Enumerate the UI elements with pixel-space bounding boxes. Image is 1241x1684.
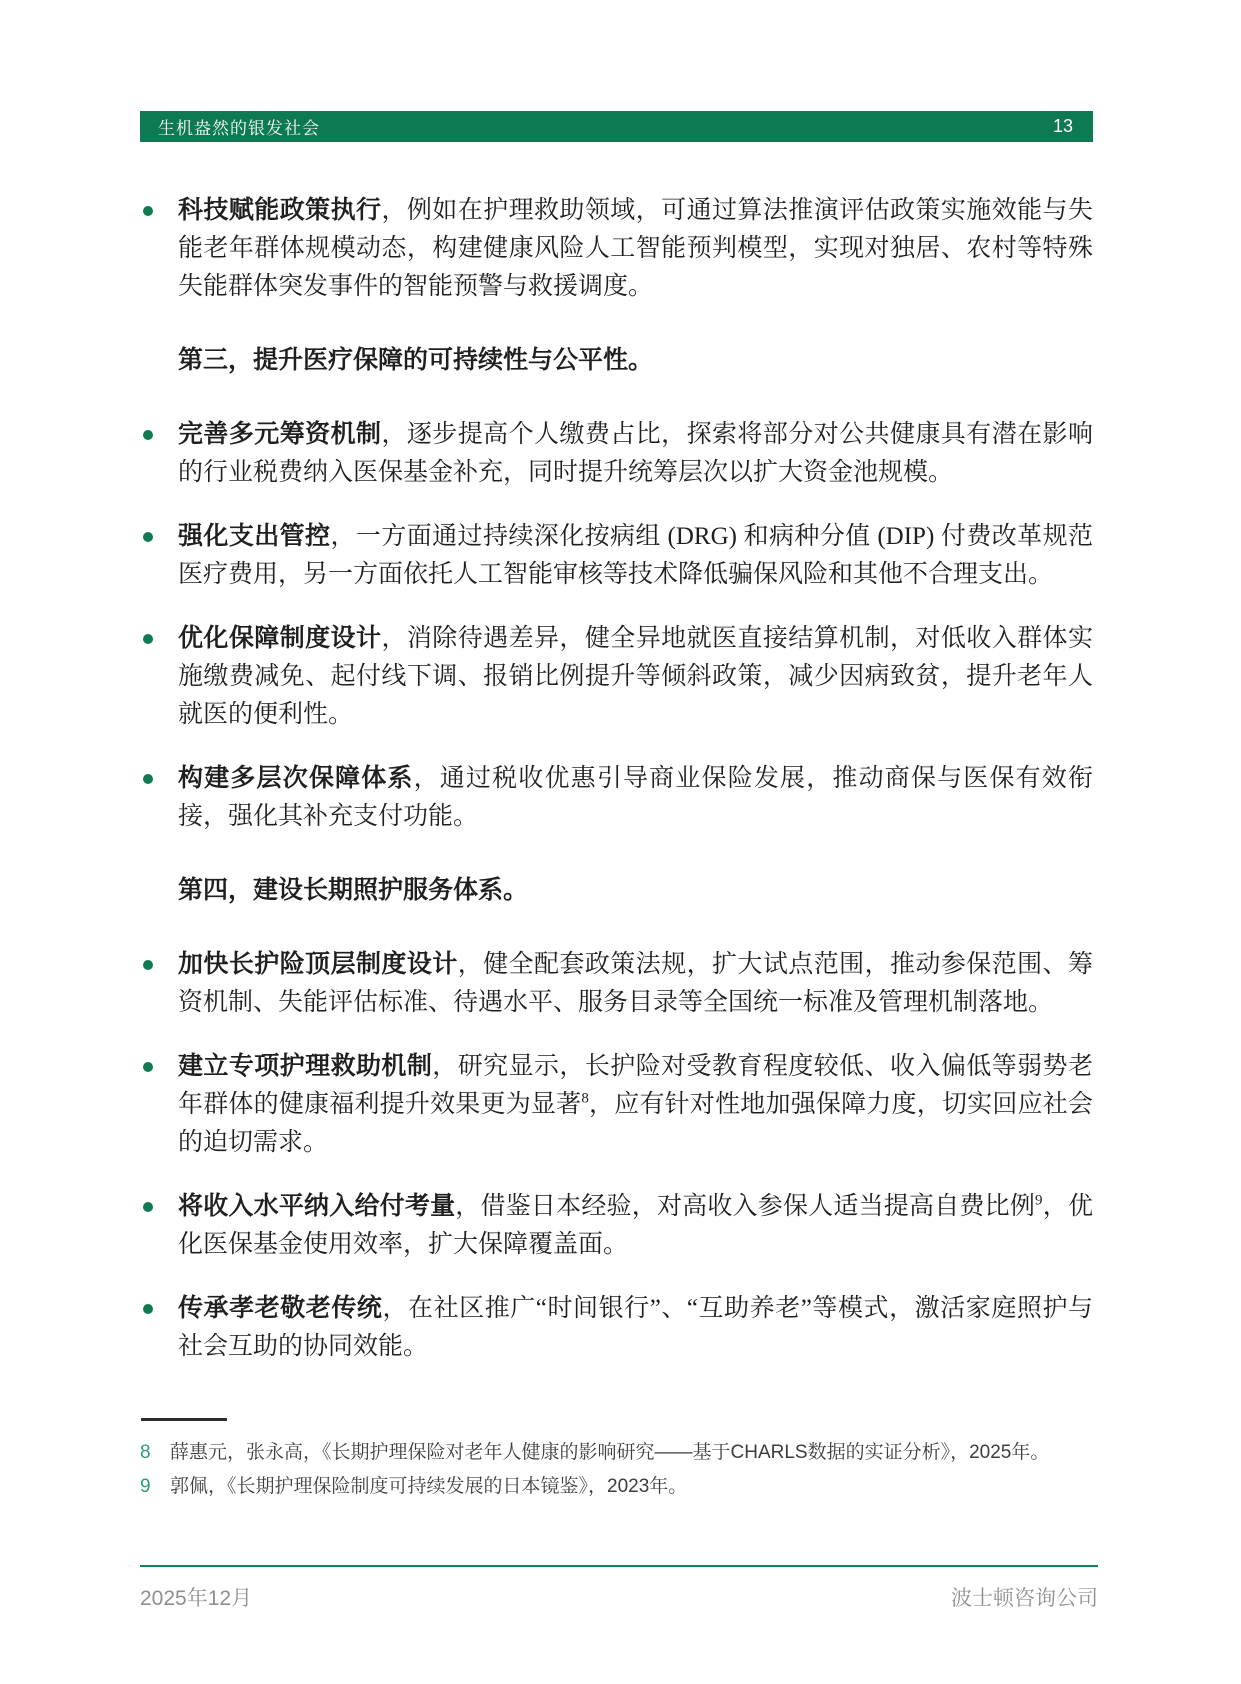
footnote-ref: 9 (1035, 1193, 1043, 1209)
bullet-lead: 加快长护险顶层制度设计 (178, 951, 458, 978)
bullet-icon (143, 1202, 153, 1212)
bullet-lead: 建立专项护理救助机制 (178, 1053, 432, 1080)
footnote-text: 郭佩，《长期护理保险制度可持续发展的日本镜鉴》，2023年。 (170, 1470, 1093, 1504)
bullet-lead: 优化保障制度设计 (178, 625, 381, 652)
bullet-icon (143, 430, 153, 440)
bullet-icon (143, 634, 153, 644)
bullet-icon (143, 206, 153, 216)
bullet-text: 将收入水平纳入给付考量，借鉴日本经验，对高收入参保人适当提高自费比例9，优化医保… (178, 1188, 1093, 1264)
chapter-title: 生机盎然的银发社会 (158, 114, 320, 139)
bullet-text: 科技赋能政策执行，例如在护理救助领域，可通过算法推演评估政策实施效能与失能老年群… (178, 192, 1093, 306)
bullet-text: 优化保障制度设计，消除待遇差异，健全异地就医直接结算机制，对低收入群体实施缴费减… (178, 620, 1093, 734)
bullet-lead: 传承孝老敬老传统 (178, 1295, 382, 1322)
bullet-lead: 构建多层次保障体系 (178, 765, 414, 792)
page-number: 13 (1053, 116, 1073, 137)
report-page: 生机盎然的银发社会 13 科技赋能政策执行，例如在护理救助领域，可通过算法推演评… (0, 0, 1241, 1684)
bullet-icon (143, 774, 153, 784)
footnote-separator (141, 1418, 227, 1421)
footer-rule (140, 1565, 1098, 1567)
footnote-text: 薛惠元，张永高，《长期护理保险对老年人健康的影响研究——基于CHARLS数据的实… (170, 1436, 1093, 1470)
footnote-number: 9 (140, 1470, 170, 1504)
bullet-text: 加快长护险顶层制度设计，健全配套政策法规，扩大试点范围，推动参保范围、筹资机制、… (178, 946, 1093, 1022)
footer-company: 波士顿咨询公司 (951, 1582, 1098, 1612)
bullet-item: 传承孝老敬老传统，在社区推广“时间银行”、“互助养老”等模式，激活家庭照护与社会… (140, 1290, 1093, 1366)
bullet-text: 强化支出管控，一方面通过持续深化按病组 (DRG) 和病种分值 (DIP) 付费… (178, 518, 1093, 594)
bullet-body: ，借鉴日本经验，对高收入参保人适当提高自费比例 (455, 1193, 1035, 1220)
footnote-item: 8 薛惠元，张永高，《长期护理保险对老年人健康的影响研究——基于CHARLS数据… (140, 1436, 1093, 1470)
bullet-item: 构建多层次保障体系，通过税收优惠引导商业保险发展，推动商保与医保有效衔接，强化其… (140, 760, 1093, 836)
section-heading: 第三，提升医疗保障的可持续性与公平性。 (178, 342, 1093, 380)
bullet-item: 优化保障制度设计，消除待遇差异，健全异地就医直接结算机制，对低收入群体实施缴费减… (140, 620, 1093, 734)
bullet-item: 强化支出管控，一方面通过持续深化按病组 (DRG) 和病种分值 (DIP) 付费… (140, 518, 1093, 594)
bullet-icon (143, 960, 153, 970)
bullet-text: 完善多元筹资机制，逐步提高个人缴费占比，探索将部分对公共健康具有潜在影响的行业税… (178, 416, 1093, 492)
footnotes: 8 薛惠元，张永高，《长期护理保险对老年人健康的影响研究——基于CHARLS数据… (140, 1436, 1093, 1504)
bullet-item: 完善多元筹资机制，逐步提高个人缴费占比，探索将部分对公共健康具有潜在影响的行业税… (140, 416, 1093, 492)
section-heading: 第四，建设长期照护服务体系。 (178, 872, 1093, 910)
bullet-text: 传承孝老敬老传统，在社区推广“时间银行”、“互助养老”等模式，激活家庭照护与社会… (178, 1290, 1093, 1366)
footnote-item: 9 郭佩，《长期护理保险制度可持续发展的日本镜鉴》，2023年。 (140, 1470, 1093, 1504)
bullet-lead: 科技赋能政策执行 (178, 197, 381, 224)
bullet-lead: 将收入水平纳入给付考量 (178, 1193, 455, 1220)
bullet-icon (143, 1062, 153, 1072)
bullet-item: 科技赋能政策执行，例如在护理救助领域，可通过算法推演评估政策实施效能与失能老年群… (140, 192, 1093, 306)
body-content: 科技赋能政策执行，例如在护理救助领域，可通过算法推演评估政策实施效能与失能老年群… (140, 192, 1093, 1392)
bullet-item: 建立专项护理救助机制，研究显示，长护险对受教育程度较低、收入偏低等弱势老年群体的… (140, 1048, 1093, 1162)
bullet-lead: 完善多元筹资机制 (178, 421, 381, 448)
footnote-ref: 8 (581, 1091, 589, 1107)
page-footer: 2025年12月 波士顿咨询公司 (140, 1582, 1098, 1612)
bullet-text: 建立专项护理救助机制，研究显示，长护险对受教育程度较低、收入偏低等弱势老年群体的… (178, 1048, 1093, 1162)
bullet-item: 加快长护险顶层制度设计，健全配套政策法规，扩大试点范围，推动参保范围、筹资机制、… (140, 946, 1093, 1022)
footer-date: 2025年12月 (140, 1582, 252, 1612)
bullet-icon (143, 532, 153, 542)
bullet-lead: 强化支出管控 (178, 523, 330, 550)
footnote-number: 8 (140, 1436, 170, 1470)
bullet-icon (143, 1304, 153, 1314)
bullet-text: 构建多层次保障体系，通过税收优惠引导商业保险发展，推动商保与医保有效衔接，强化其… (178, 760, 1093, 836)
chapter-header-bar: 生机盎然的银发社会 13 (140, 111, 1093, 142)
bullet-item: 将收入水平纳入给付考量，借鉴日本经验，对高收入参保人适当提高自费比例9，优化医保… (140, 1188, 1093, 1264)
